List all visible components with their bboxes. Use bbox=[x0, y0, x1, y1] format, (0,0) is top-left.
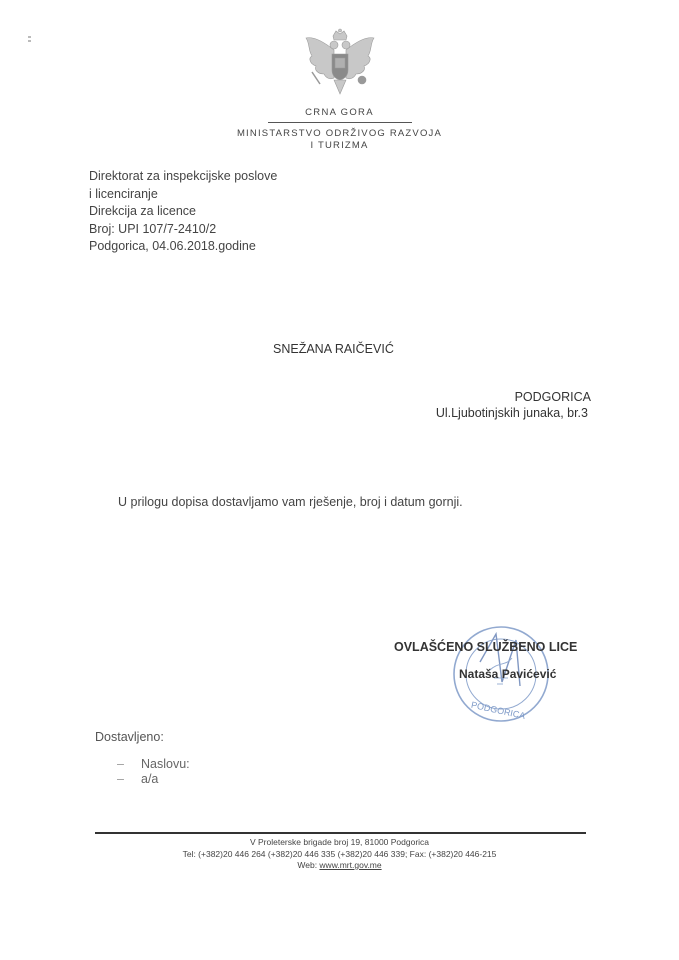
ministry-line-2: I TURIZMA bbox=[0, 140, 679, 152]
recipient-name: SNEŽANA RAIČEVIĆ bbox=[273, 342, 394, 356]
dash-icon: – bbox=[117, 772, 124, 787]
header-divider bbox=[268, 122, 412, 123]
country-name: CRNA GORA bbox=[0, 107, 679, 118]
dash-icon: – bbox=[117, 757, 124, 772]
montenegro-coat-of-arms-icon bbox=[290, 28, 390, 100]
ministry-name: MINISTARSTVO ODRŽIVOG RAZVOJA I TURIZMA bbox=[0, 128, 679, 152]
sender-block: Direktorat za inspekcijske poslove i lic… bbox=[89, 168, 277, 256]
footer-web-label: Web: bbox=[297, 860, 319, 870]
letter-body: U prilogu dopisa dostavljamo vam rješenj… bbox=[118, 495, 463, 509]
sender-line-licensing: i licenciranje bbox=[89, 186, 277, 204]
document-date: Podgorica, 04.06.2018.godine bbox=[89, 238, 277, 256]
footer-web: Web: www.mrt.gov.me bbox=[0, 860, 679, 872]
footer-address: V Proleterske brigade broj 19, 81000 Pod… bbox=[0, 837, 679, 849]
svg-text:PODGORICA: PODGORICA bbox=[470, 700, 526, 721]
delivered-item: – a/a bbox=[117, 772, 190, 787]
delivered-item-text: Naslovu: bbox=[141, 757, 190, 771]
delivered-item-text: a/a bbox=[141, 772, 158, 786]
footer-phones: Tel: (+382)20 446 264 (+382)20 446 335 (… bbox=[0, 849, 679, 861]
delivered-label: Dostavljeno: bbox=[95, 730, 164, 744]
signatory-name: Nataša Pavićević bbox=[459, 667, 556, 681]
signatory-title: OVLAŠĆENO SLUŽBENO LICE bbox=[394, 640, 577, 654]
recipient-city: PODGORICA bbox=[515, 390, 591, 404]
delivered-item: – Naslovu: bbox=[117, 757, 190, 772]
reference-number: Broj: UPI 107/7-2410/2 bbox=[89, 221, 277, 239]
website-link[interactable]: www.mrt.gov.me bbox=[319, 860, 381, 870]
footer-divider bbox=[95, 832, 586, 834]
delivered-list: – Naslovu: – a/a bbox=[117, 757, 190, 787]
scan-margin-mark bbox=[28, 36, 31, 44]
ministry-line-1: MINISTARSTVO ODRŽIVOG RAZVOJA bbox=[0, 128, 679, 140]
sender-line-directorate-licences: Direkcija za licence bbox=[89, 203, 277, 221]
sender-line-directorate: Direktorat za inspekcijske poslove bbox=[89, 168, 277, 186]
footer: V Proleterske brigade broj 19, 81000 Pod… bbox=[0, 837, 679, 872]
recipient-street: Ul.Ljubotinjskih junaka, br.3 bbox=[436, 406, 588, 420]
